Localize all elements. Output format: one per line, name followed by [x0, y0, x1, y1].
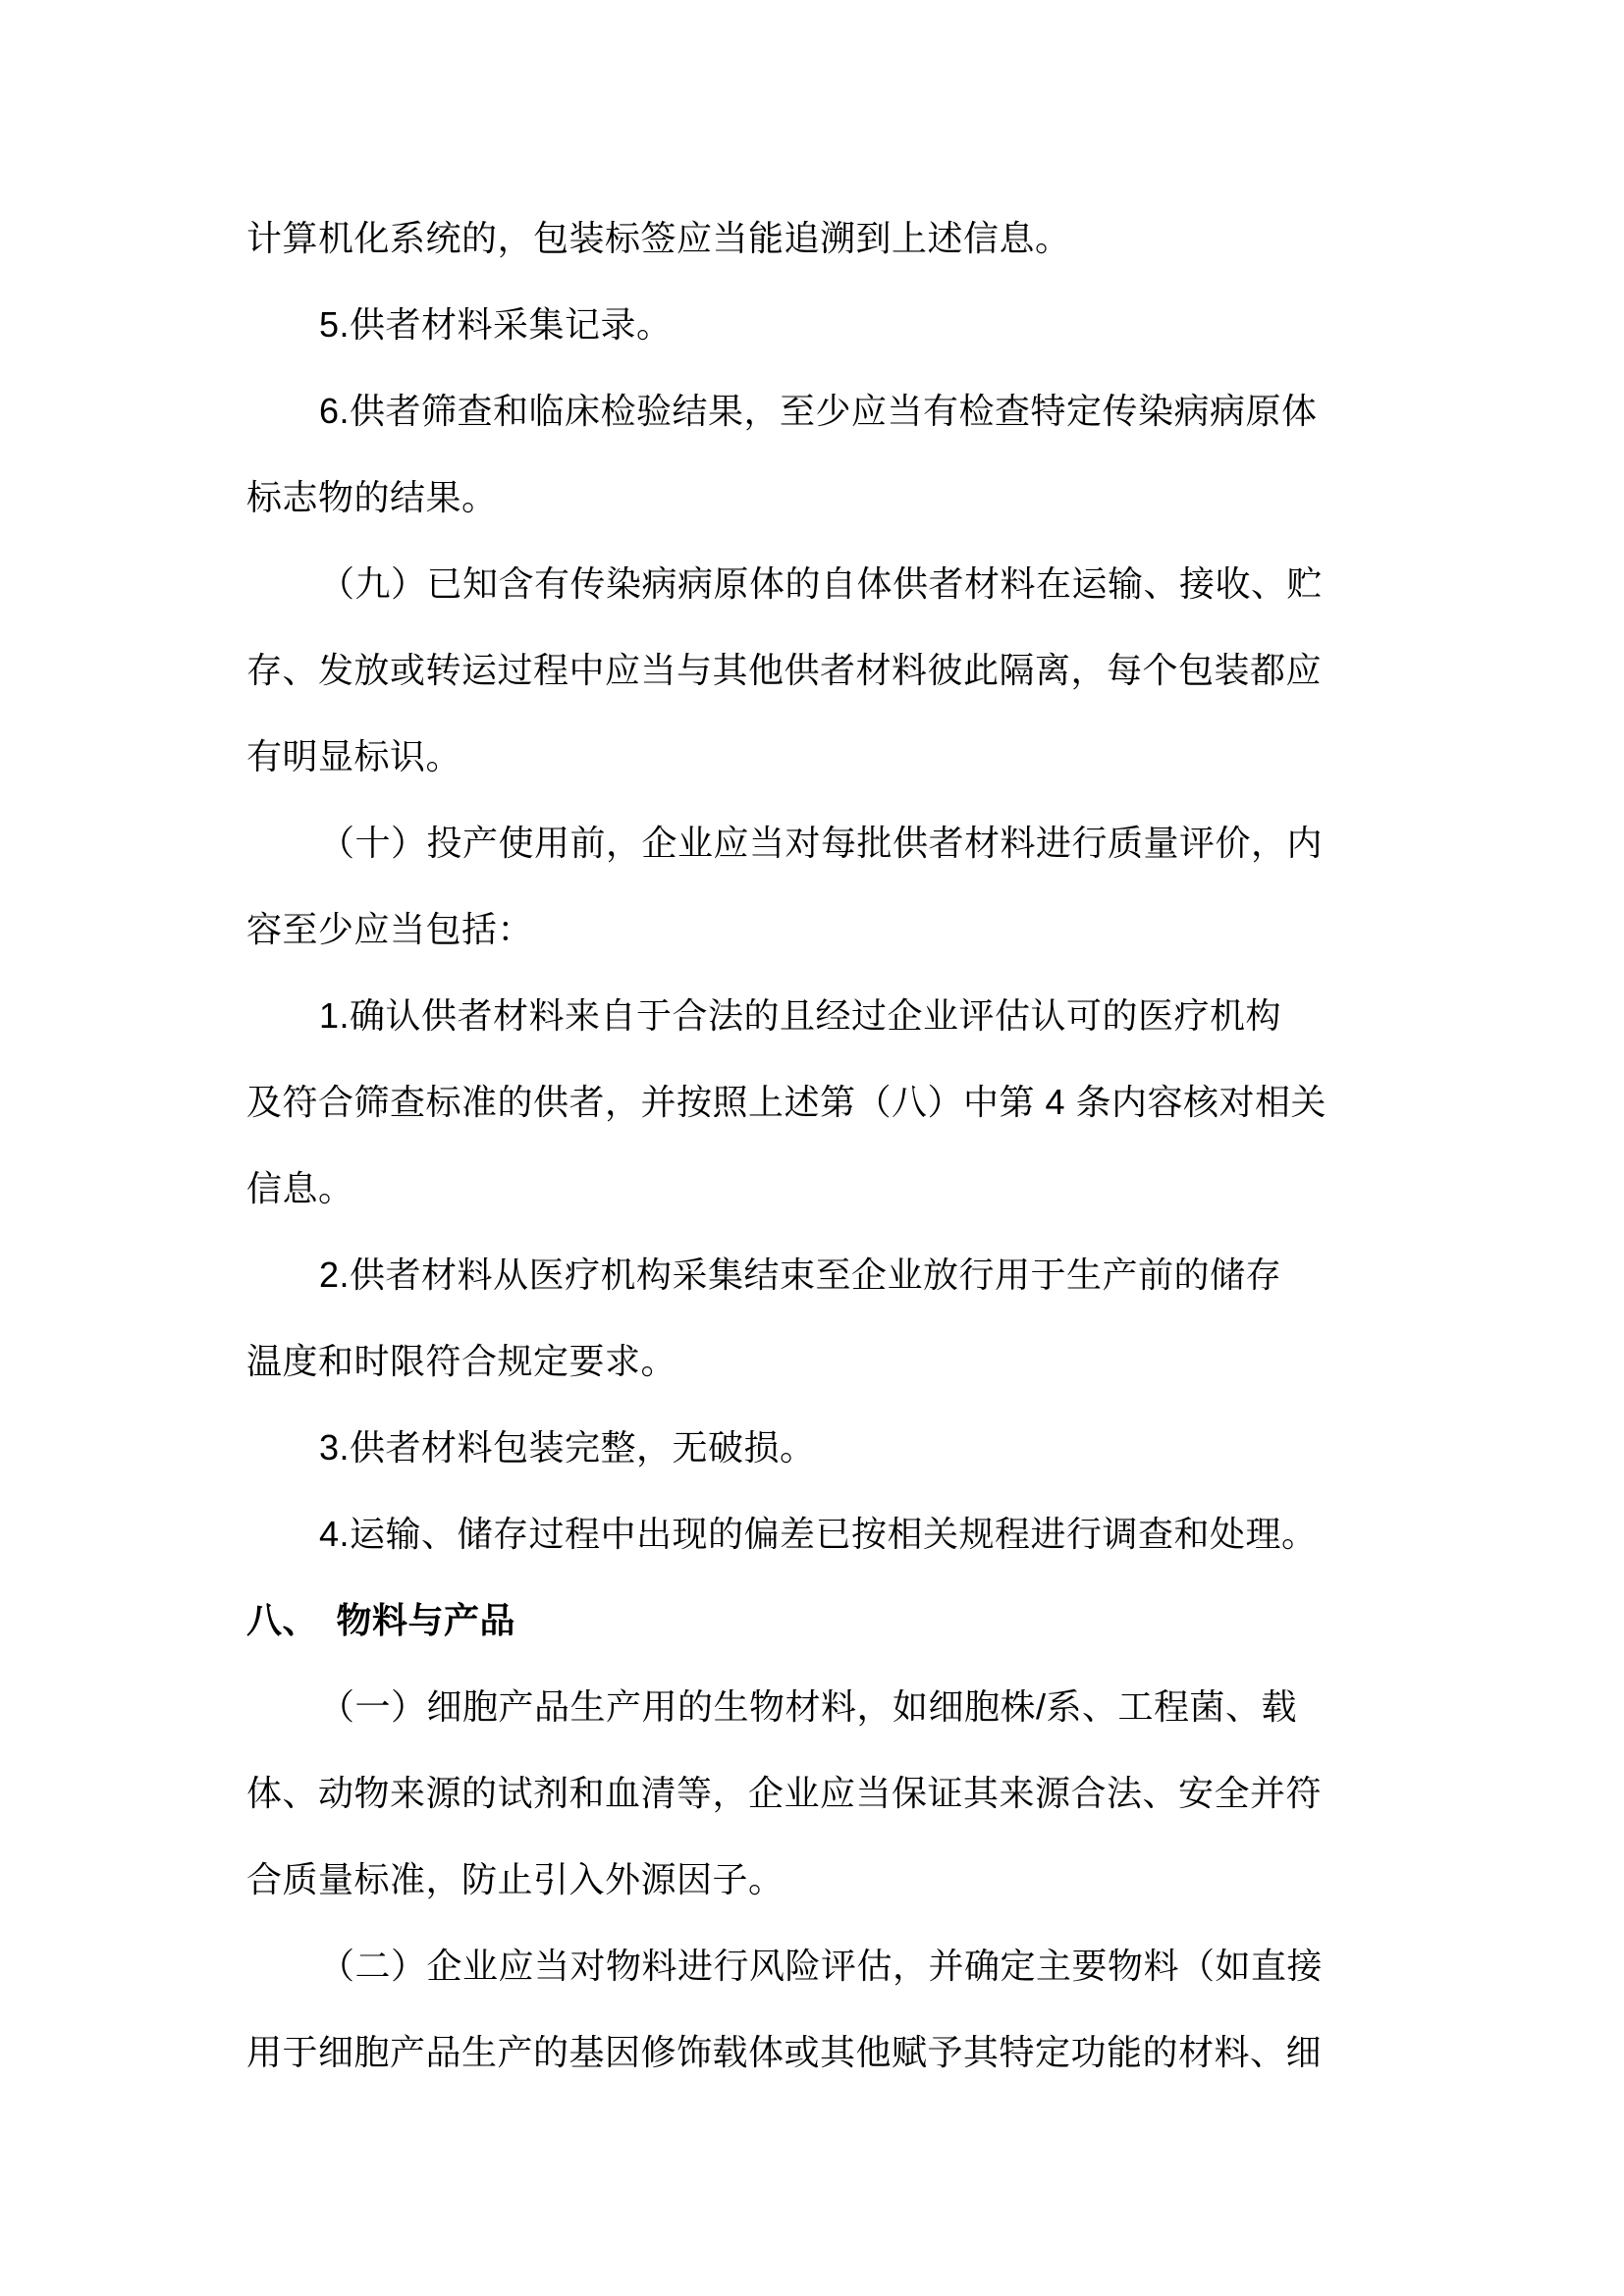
text-line: 3.供者材料包装完整，无破损。 [246, 1405, 1380, 1491]
text-line: （九）已知含有传染病病原体的自体供者材料在运输、接收、贮 [246, 541, 1380, 627]
text-line: 合质量标准，防止引入外源因子。 [246, 1837, 1380, 1923]
text-line: 标志物的结果。 [246, 454, 1380, 541]
document-page: 计算机化系统的，包装标签应当能追溯到上述信息。 5.供者材料采集记录。 6.供者… [0, 0, 1624, 2296]
text-line: 温度和时限符合规定要求。 [246, 1318, 1380, 1405]
text-line: 计算机化系统的，包装标签应当能追溯到上述信息。 [246, 195, 1380, 282]
text-line: （二）企业应当对物料进行风险评估，并确定主要物料（如直接 [246, 1923, 1380, 2009]
text-line: 1.确认供者材料来自于合法的且经过企业评估认可的医疗机构 [246, 973, 1380, 1059]
text-line: 信息。 [246, 1146, 1380, 1232]
text-line: 用于细胞产品生产的基因修饰载体或其他赋予其特定功能的材料、细 [246, 2009, 1380, 2096]
text-line: （十）投产使用前，企业应当对每批供者材料进行质量评价，内 [246, 800, 1380, 886]
text-line: 存、发放或转运过程中应当与其他供者材料彼此隔离，每个包装都应 [246, 627, 1380, 714]
text-line: 容至少应当包括： [246, 886, 1380, 973]
section-heading: 八、 物料与产品 [246, 1577, 1380, 1664]
text-line: 体、动物来源的试剂和血清等，企业应当保证其来源合法、安全并符 [246, 1750, 1380, 1837]
text-line: 2.供者材料从医疗机构采集结束至企业放行用于生产前的储存 [246, 1232, 1380, 1318]
text-line: （一）细胞产品生产用的生物材料，如细胞株/系、工程菌、载 [246, 1664, 1380, 1750]
text-line: 6.供者筛查和临床检验结果，至少应当有检查特定传染病病原体 [246, 368, 1380, 454]
document-body: 计算机化系统的，包装标签应当能追溯到上述信息。 5.供者材料采集记录。 6.供者… [246, 195, 1380, 2096]
text-line: 及符合筛查标准的供者，并按照上述第（八）中第 4 条内容核对相关 [246, 1059, 1380, 1146]
text-line: 4.运输、储存过程中出现的偏差已按相关规程进行调查和处理。 [246, 1491, 1380, 1577]
text-line: 有明显标识。 [246, 714, 1380, 800]
text-line: 5.供者材料采集记录。 [246, 282, 1380, 368]
